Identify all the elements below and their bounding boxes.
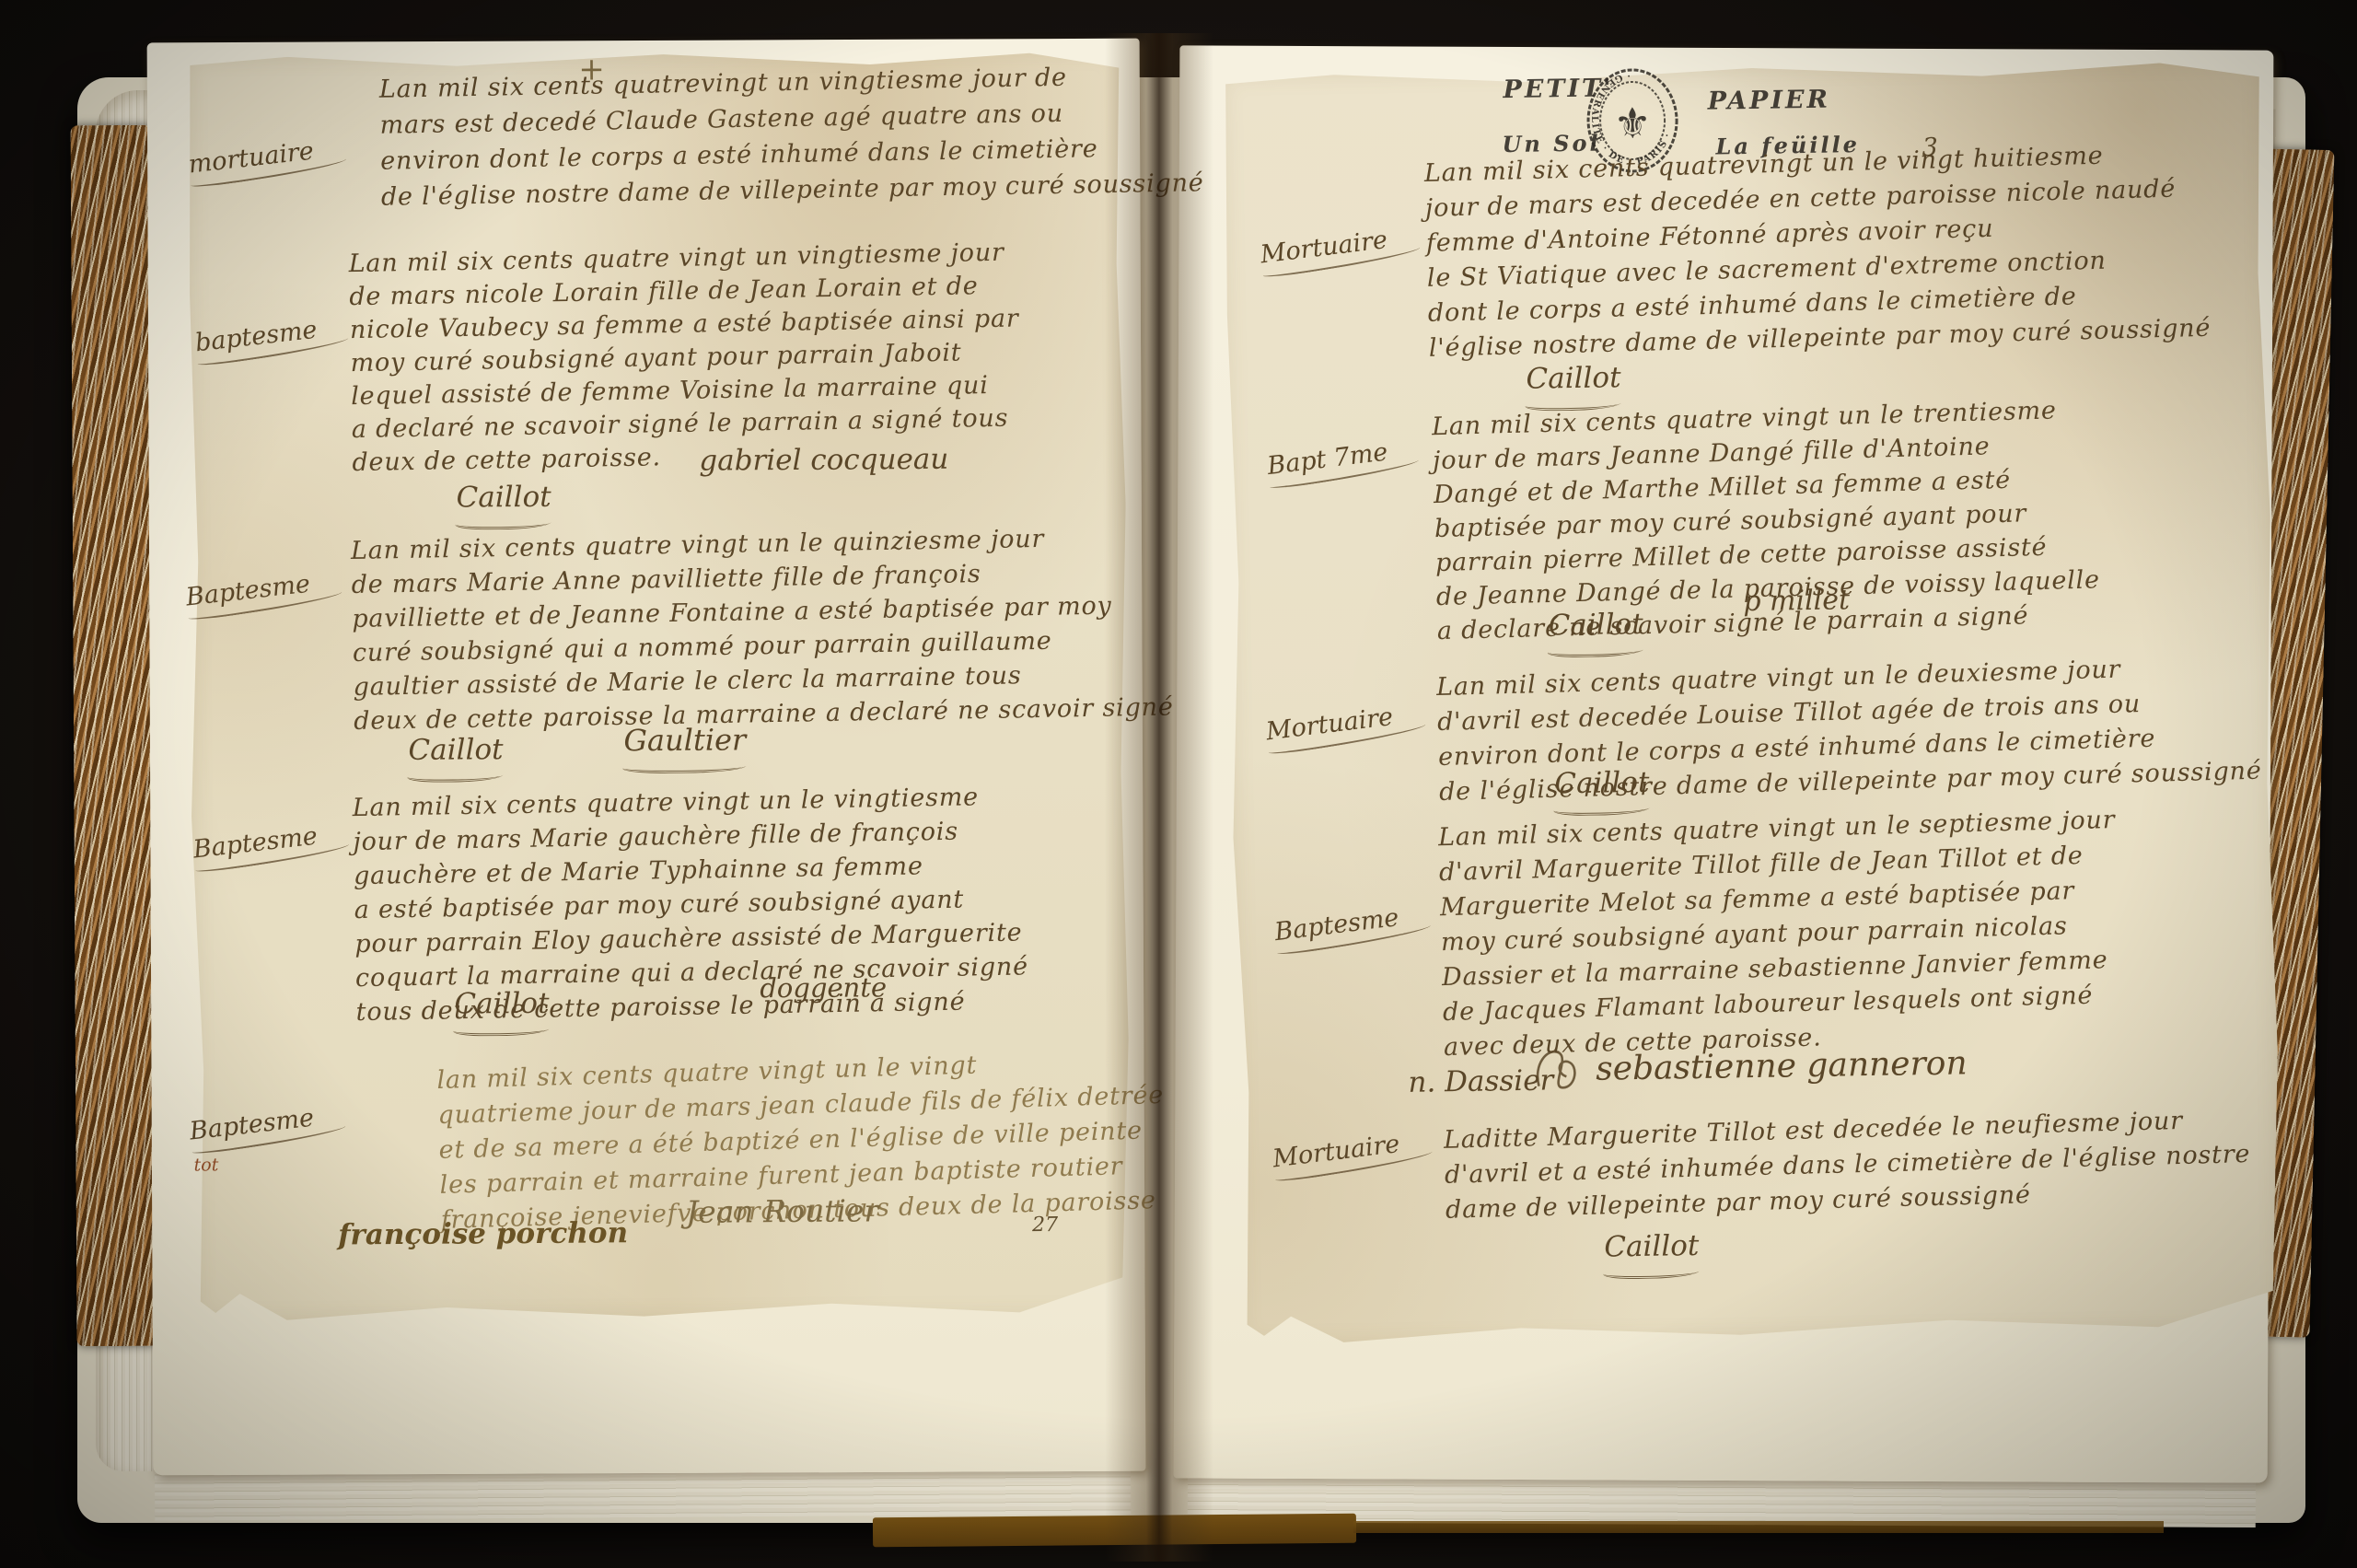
signature-godfather: Jean Routier: [686, 1192, 879, 1229]
register-entry: Lan mil six cents quatrevingt un le ving…: [1423, 136, 2211, 366]
leather-binding-band: [873, 1514, 1356, 1548]
signature-caillot: Caillot: [456, 481, 551, 530]
notary-paraph-icon: [1531, 1045, 1585, 1096]
signature-caillot: Caillot: [1548, 608, 1643, 658]
signature-caillot: Caillot: [454, 987, 549, 1037]
register-entry: Lan mil six cents quatre vingt un le sep…: [1438, 803, 2121, 1065]
tax-stamp-text: PAPIER: [1708, 86, 1831, 116]
folio-number-left: 27: [1032, 1214, 1058, 1237]
signature-godparent: Gaultier: [623, 722, 746, 773]
signature-caillot: Caillot: [1526, 361, 1621, 412]
signature-caillot: Caillot: [1604, 1229, 1700, 1280]
margin-note: tot: [194, 1155, 219, 1175]
photograph-of-open-register-book: + mortuaire Lan mil six cents quatreving…: [0, 0, 2357, 1568]
manuscript-leaf-left: + mortuaire Lan mil six cents quatreving…: [184, 47, 1132, 1324]
leather-binding-band: [1353, 1521, 2164, 1533]
signature-godmother: sebastienne ganneron: [1596, 1044, 1968, 1087]
manuscript-leaf-right: PETIT' PAPIER Un Sol La feüille · GENERA…: [1219, 56, 2284, 1348]
fleur-de-lis-icon: ⚜: [1613, 99, 1652, 149]
signature-godparent: p millet: [1743, 584, 1850, 618]
signature-godmother: françoise porchon: [338, 1216, 628, 1251]
register-entry: Lan mil six cents quatrevingt un vingtie…: [379, 57, 1204, 215]
signature-godparent: doggente: [760, 971, 887, 1004]
marbled-fore-edge-left: [71, 125, 158, 1346]
signature-caillot: Caillot: [408, 733, 503, 783]
signature-caillot: Caillot: [1554, 766, 1650, 817]
register-entry: Lan mil six cents quatre vingt un le qui…: [351, 519, 1174, 738]
signature-godparent: gabriel cocqueau: [699, 443, 948, 478]
register-entry: Laditte Marguerite Tillot est decedée le…: [1444, 1102, 2252, 1228]
